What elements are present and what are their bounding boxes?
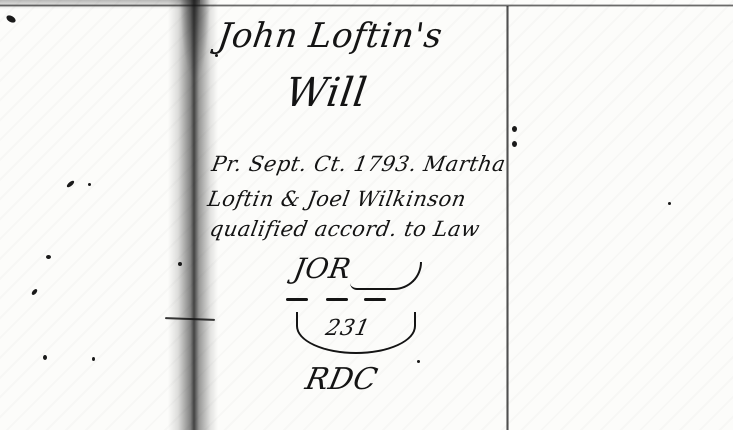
dash	[286, 298, 308, 301]
ink-speck	[512, 126, 517, 132]
ink-speck	[92, 357, 95, 361]
will-heading-name: John Loftin's	[215, 16, 445, 56]
ink-speck	[417, 360, 420, 363]
signature-initials: JOR	[291, 252, 354, 285]
endorsement-line-2: Loftin & Joel Wilkinson	[206, 187, 468, 211]
ink-speck	[88, 183, 91, 186]
page-number: 231	[323, 316, 372, 341]
ink-speck	[46, 255, 51, 259]
dash	[364, 298, 386, 301]
clerk-mark: RDC	[302, 362, 381, 397]
ink-speck	[512, 141, 517, 147]
top-page-edge	[0, 4, 733, 7]
scanned-document-page: John Loftin's Will Pr. Sept. Ct. 1793. M…	[0, 0, 733, 430]
dash	[326, 298, 348, 301]
ink-speck	[43, 355, 47, 360]
fold-top-smudge	[180, 0, 210, 80]
endorsement-line-3: qualified accord. to Law	[208, 217, 482, 241]
right-fold-line	[506, 6, 509, 430]
endorsement-line-1: Pr. Sept. Ct. 1793. Martha	[210, 152, 508, 176]
ink-speck	[668, 202, 671, 205]
ink-speck	[178, 262, 182, 266]
will-heading-title: Will	[283, 70, 370, 116]
separator-dashes	[286, 298, 386, 304]
